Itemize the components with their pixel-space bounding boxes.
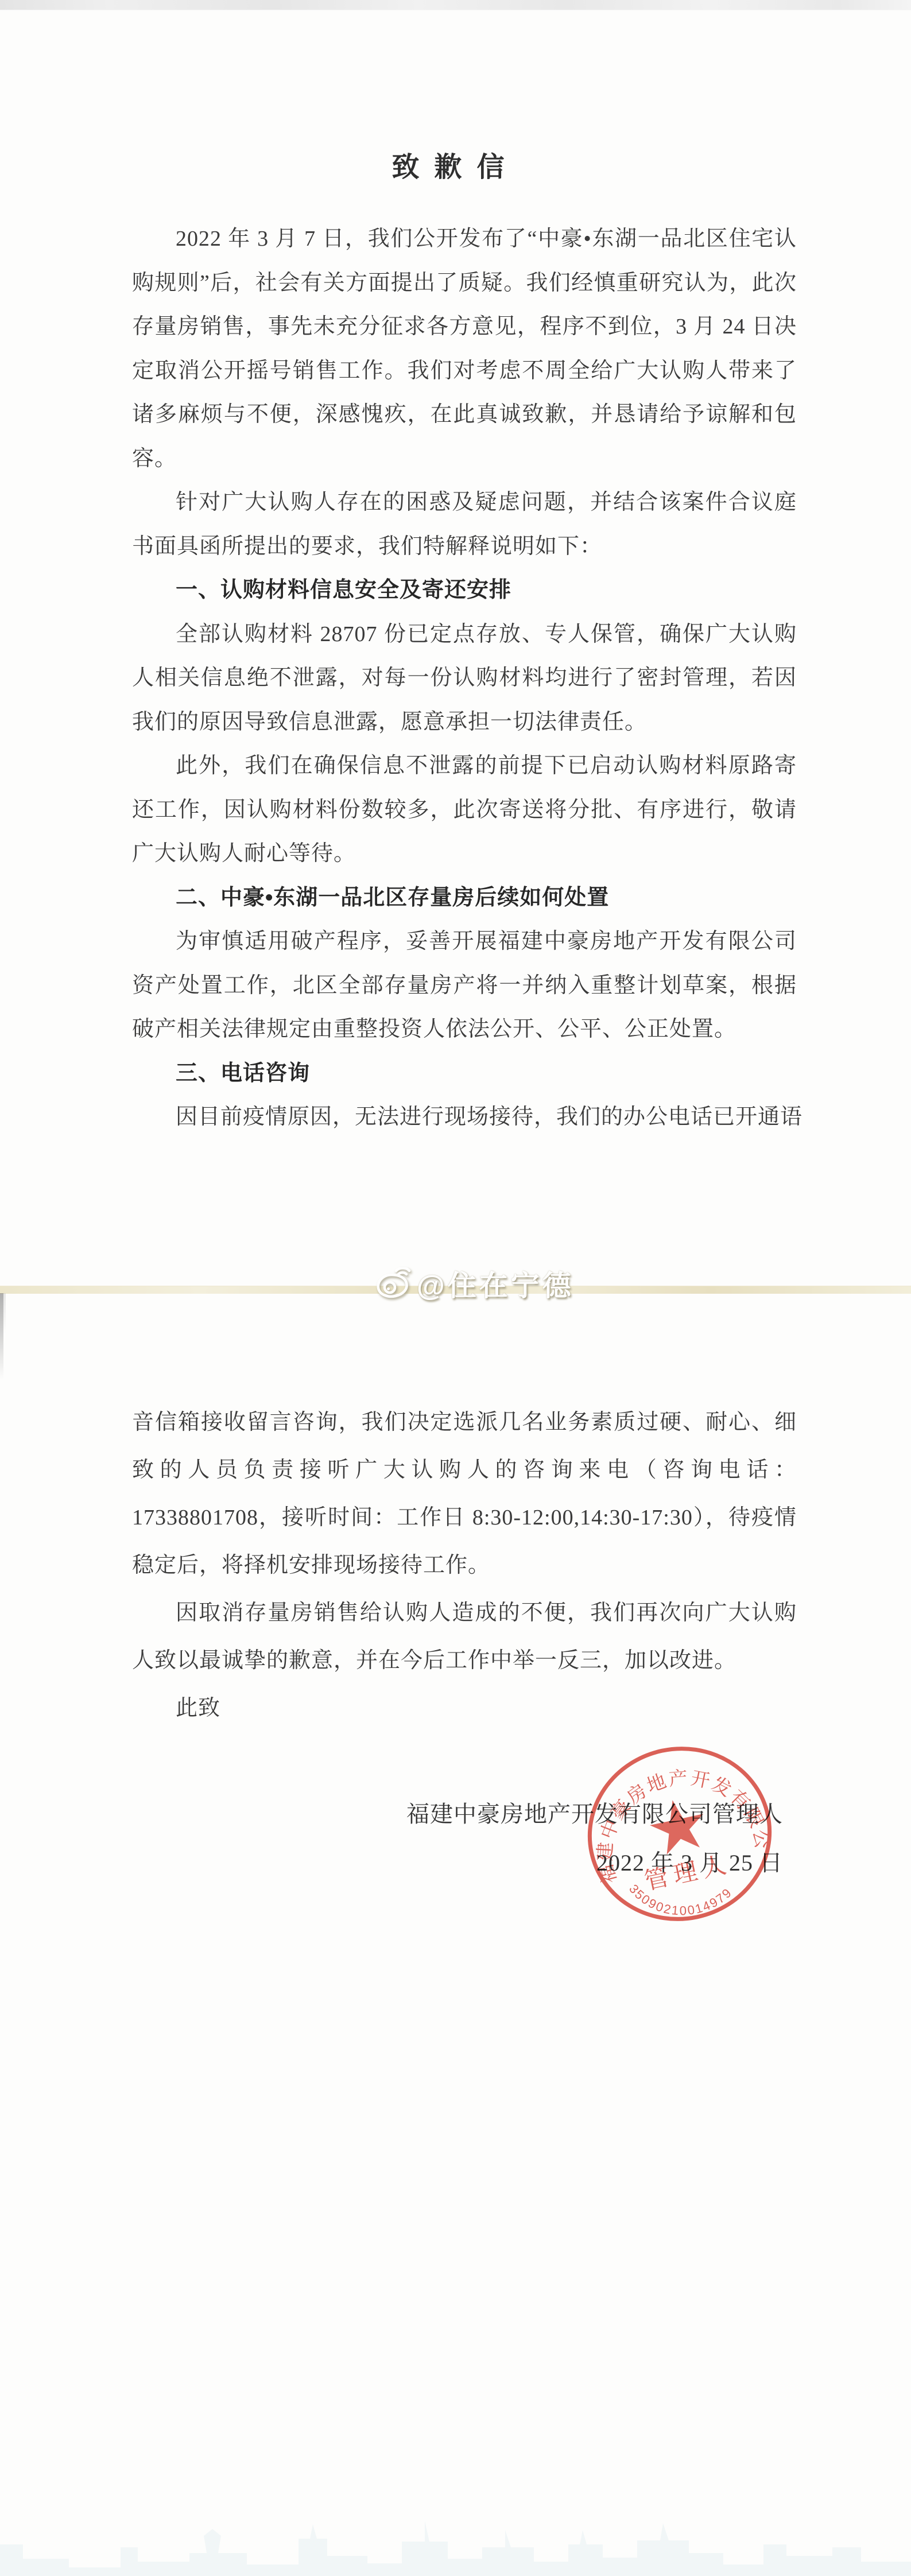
letter-page-1: 2022 年 3 月 7 日，我们公开发布了“中豪•东湖一品北区住宅认购规则”后… — [132, 217, 797, 1139]
watermark-handle: @住在宁德 — [417, 1263, 574, 1304]
paragraph: 全部认购材料 28707 份已定点存放、专人保管，确保广大认购人相关信息绝不泄露… — [132, 612, 797, 744]
section-heading-3: 三、电话咨询 — [132, 1052, 797, 1096]
seal-center-label: 管理人 — [642, 1850, 734, 1895]
paragraph: 因取消存量房销售给认购人造成的不便，我们再次向广大认购人致以最诚挚的歉意，并在今… — [132, 1589, 797, 1685]
paragraph: 针对广大认购人存在的困惑及疑虑问题，并结合该案件合议庭书面具函所提出的要求，我们… — [132, 480, 797, 568]
section-heading-2: 二、中豪•东湖一品北区存量房后续如何处置 — [132, 876, 797, 920]
scan-left-edge-shadow-2 — [3, 1293, 6, 1333]
paragraph: 此外，我们在确保信息不泄露的前提下已启动认购材料原路寄还工作，因认购材料份数较多… — [132, 744, 797, 876]
closing-salutation: 此致 — [132, 1685, 797, 1732]
scanned-apology-letter: 致歉信 2022 年 3 月 7 日，我们公开发布了“中豪•东湖一品北区住宅认购… — [0, 0, 911, 2576]
letter-page-2: 音信箱接收留言咨询，我们决定选派几名业务素质过硬、耐心、细致的人员负责接听广大认… — [132, 1399, 797, 1732]
scan-top-edge — [0, 0, 911, 10]
paragraph: 因目前疫情原因，无法进行现场接待，我们的办公电话已开通语 — [132, 1095, 797, 1139]
paragraph: 为审慎适用破产程序，妥善开展福建中豪房地产开发有限公司资产处置工作，北区全部存量… — [132, 920, 797, 1052]
skyline-watermark — [0, 2513, 911, 2576]
paragraph: 2022 年 3 月 7 日，我们公开发布了“中豪•东湖一品北区住宅认购规则”后… — [132, 217, 797, 480]
section-heading-1: 一、认购材料信息安全及寄还安排 — [132, 568, 797, 612]
weibo-icon — [374, 1267, 411, 1299]
weibo-watermark: @住在宁德 — [374, 1263, 574, 1304]
seal-star-icon — [646, 1794, 710, 1856]
official-seal: 福建中豪房地产开发有限公司 管理人 35090210014979 — [581, 1742, 779, 1926]
paragraph-continued: 音信箱接收留言咨询，我们决定选派几名业务素质过硬、耐心、细致的人员负责接听广大认… — [132, 1399, 797, 1589]
page-title: 致歉信 — [0, 145, 911, 184]
